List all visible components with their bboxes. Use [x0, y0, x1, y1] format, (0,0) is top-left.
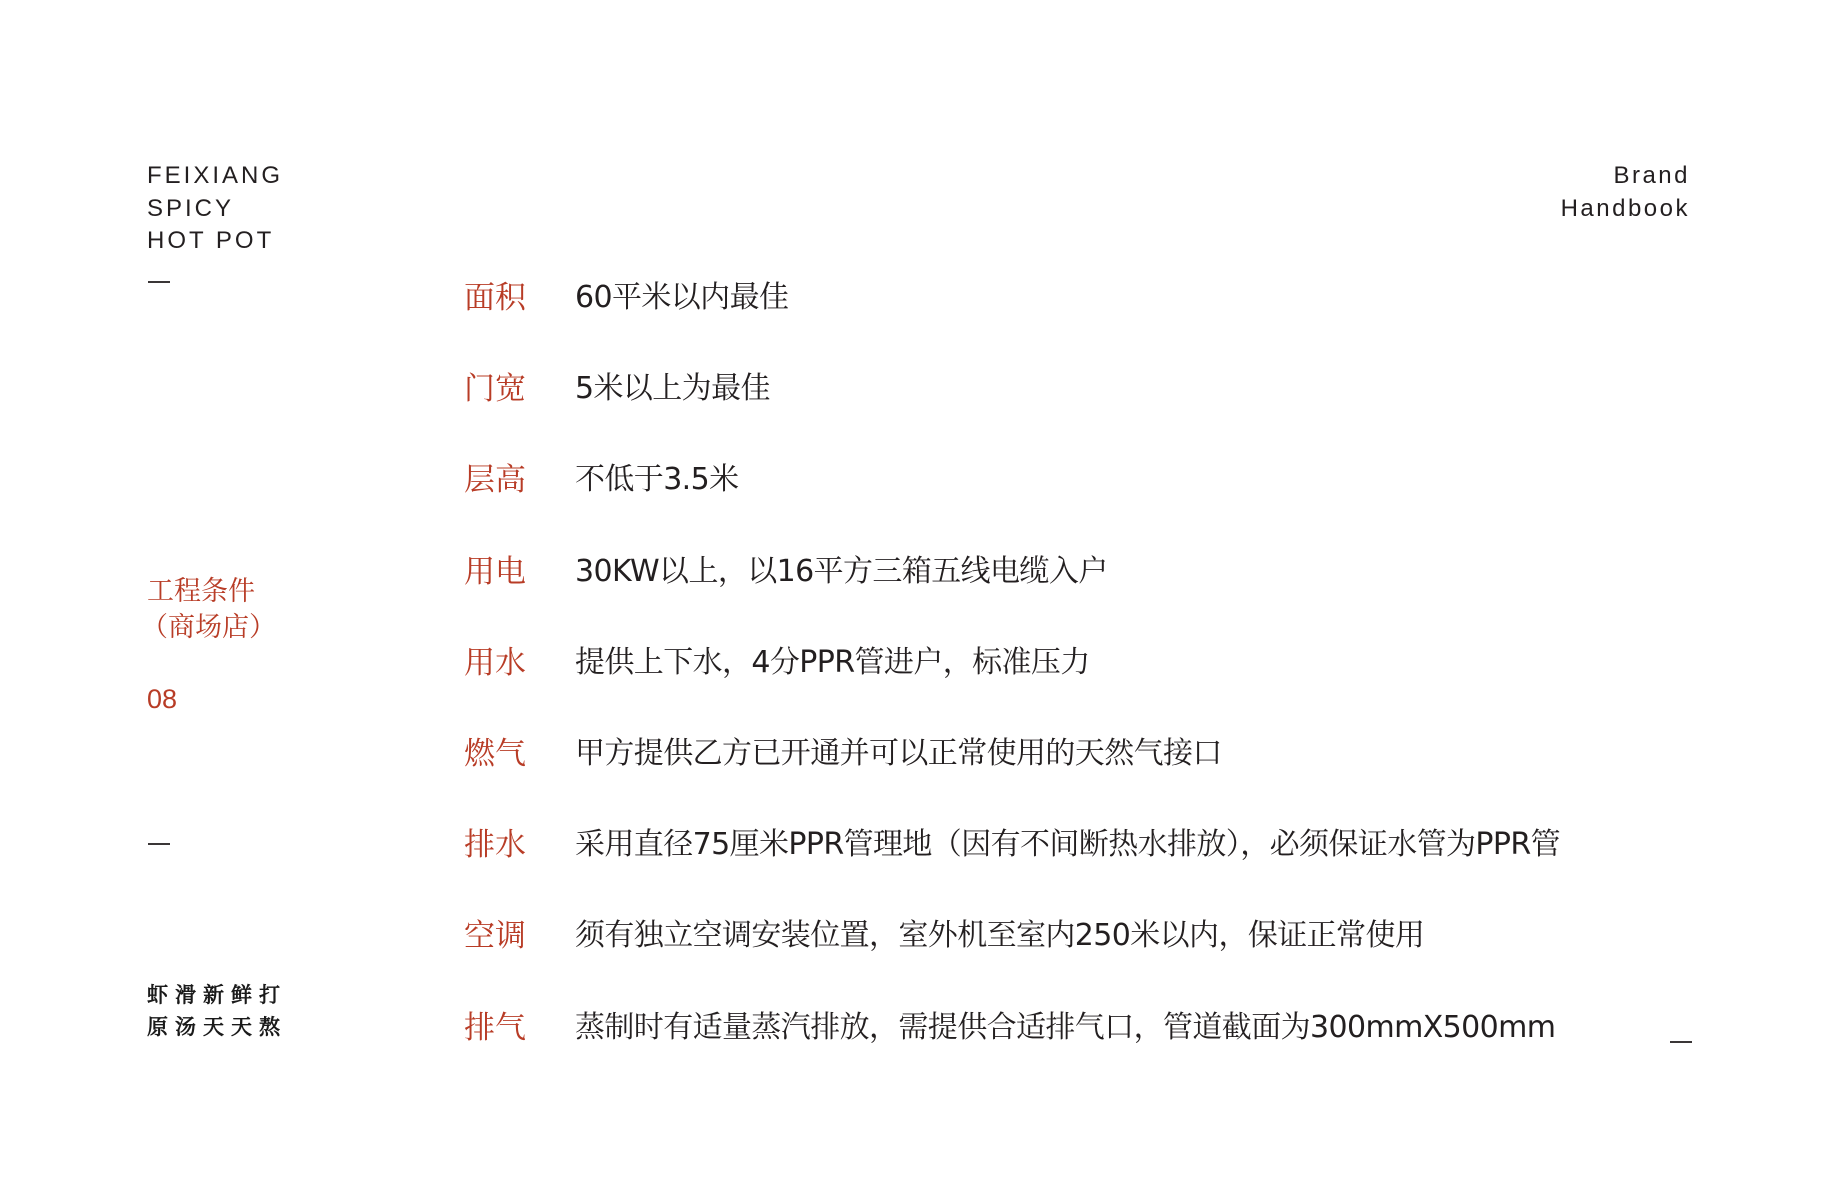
- spec-value: 5米以上为最佳: [575, 367, 770, 411]
- spec-value: 甲方提供乙方已开通并可以正常使用的天然气接口: [575, 732, 1222, 776]
- spec-row-electricity: 用电 30KW以上，以16平方三箱五线电缆入户: [464, 550, 1764, 641]
- spec-label: 用水: [464, 641, 575, 685]
- spec-row-water: 用水 提供上下水，4分PPR管进户，标准压力: [464, 641, 1764, 732]
- spec-row-drainage: 排水 采用直径75厘米PPR管理地（因有不间断热水排放），必须保证水管为PPR管: [464, 823, 1764, 914]
- spec-row-floor-height: 层高 不低于3.5米: [464, 458, 1764, 549]
- brand-line-2: SPICY: [147, 193, 283, 226]
- spec-label: 排气: [464, 1006, 575, 1050]
- spec-label: 用电: [464, 550, 575, 594]
- spec-label: 面积: [464, 276, 575, 320]
- spec-row-area: 面积 60平米以内最佳: [464, 276, 1764, 367]
- spec-value: 30KW以上，以16平方三箱五线电缆入户: [575, 550, 1108, 594]
- divider-dash-middle: [148, 843, 170, 845]
- handbook-line-1: Brand: [1561, 160, 1690, 193]
- slogan: 虾滑新鲜打 原汤天天熬: [147, 979, 287, 1043]
- section-title: 工程条件 （商场店）: [147, 574, 276, 646]
- brand-line-1: FEIXIANG: [147, 160, 283, 193]
- handbook-label: Brand Handbook: [1561, 160, 1690, 225]
- spec-row-door-width: 门宽 5米以上为最佳: [464, 367, 1764, 458]
- spec-row-air-conditioning: 空调 须有独立空调安装位置，室外机至室内250米以内，保证正常使用: [464, 914, 1764, 1005]
- spec-value: 采用直径75厘米PPR管理地（因有不间断热水排放），必须保证水管为PPR管: [575, 823, 1560, 867]
- page-number: 08: [147, 681, 177, 717]
- brand-name: FEIXIANG SPICY HOT POT: [147, 160, 283, 258]
- spec-row-gas: 燃气 甲方提供乙方已开通并可以正常使用的天然气接口: [464, 732, 1764, 823]
- divider-dash-top: [148, 281, 170, 283]
- brand-line-3: HOT POT: [147, 225, 283, 258]
- slogan-line-2: 原汤天天熬: [147, 1011, 287, 1043]
- slogan-line-1: 虾滑新鲜打: [147, 979, 287, 1011]
- handbook-line-2: Handbook: [1561, 193, 1690, 226]
- section-title-line-2: （商场店）: [141, 610, 276, 646]
- spec-value: 60平米以内最佳: [575, 276, 788, 320]
- spec-value: 蒸制时有适量蒸汽排放，需提供合适排气口，管道截面为300mmX500mm: [575, 1006, 1555, 1050]
- spec-list: 面积 60平米以内最佳 门宽 5米以上为最佳 层高 不低于3.5米 用电 30K…: [464, 276, 1764, 1097]
- spec-label: 空调: [464, 914, 575, 958]
- section-title-line-1: 工程条件: [147, 574, 276, 610]
- spec-row-exhaust: 排气 蒸制时有适量蒸汽排放，需提供合适排气口，管道截面为300mmX500mm: [464, 1006, 1764, 1097]
- spec-value: 不低于3.5米: [575, 458, 739, 502]
- spec-label: 层高: [464, 458, 575, 502]
- spec-label: 排水: [464, 823, 575, 867]
- spec-label: 燃气: [464, 732, 575, 776]
- spec-label: 门宽: [464, 367, 575, 411]
- spec-value: 提供上下水，4分PPR管进户，标准压力: [575, 641, 1090, 685]
- spec-value: 须有独立空调安装位置，室外机至室内250米以内，保证正常使用: [575, 914, 1424, 958]
